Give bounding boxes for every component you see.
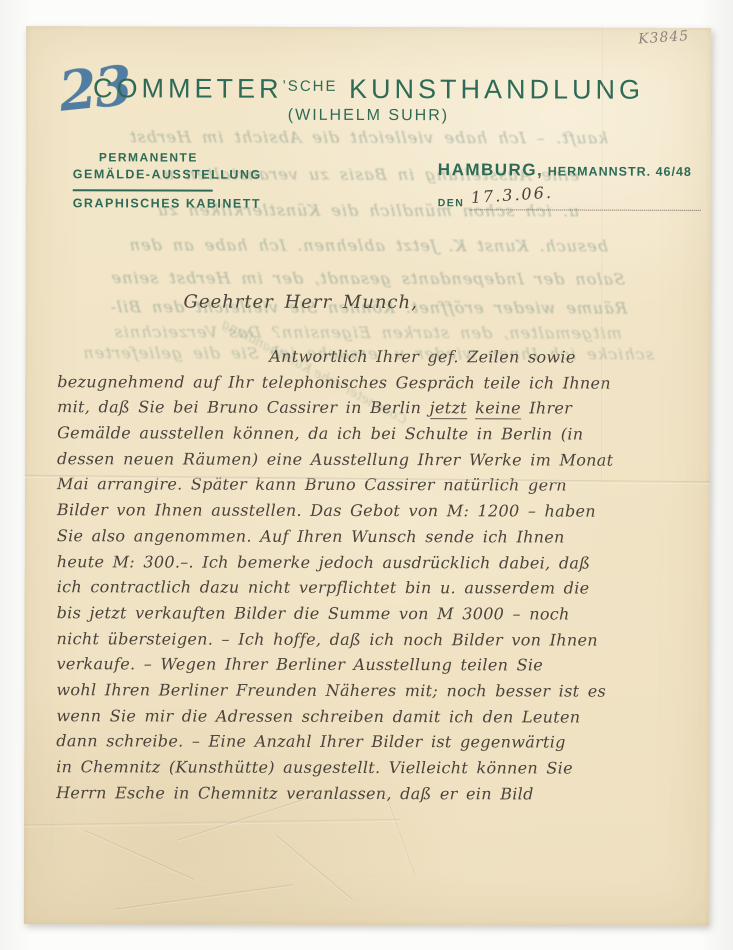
letterhead-street: HERMANNSTR. 46/48 xyxy=(548,164,692,178)
letterhead-title: COMMETER’SCHE KUNSTHANDLUNG xyxy=(26,73,711,106)
body-line: Mai arrangire. Später kann Bruno Cassire… xyxy=(57,475,685,502)
letterhead-left-line2: GEMÄLDE-AUSSTELLUNG xyxy=(73,167,262,181)
letterhead-city: HAMBURG, xyxy=(438,160,544,179)
paper-crease xyxy=(24,819,401,828)
body-line-with-underlines: mit, daß Sie bei Bruno Cassirer in Berli… xyxy=(57,398,685,425)
body-line: wohl Ihren Berliner Freunden Näheres mit… xyxy=(56,680,684,707)
letter-body: Antwortlich Ihrer gef. Zeilen sowie bezu… xyxy=(56,346,685,810)
letterhead-left-line3: GRAPHISCHES KABINETT xyxy=(73,196,261,210)
bleedthrough-line: Salon der Independants gesandt, der im H… xyxy=(25,268,710,290)
underlined-word-keine: keine xyxy=(475,399,521,420)
body-line: dessen neuen Räumen) eine Ausstellung Ih… xyxy=(57,449,685,476)
paper-wrinkle xyxy=(275,835,353,901)
body-line: ich contractlich dazu nicht verpflichtet… xyxy=(57,577,685,604)
body-line: Antwortlich Ihrer gef. Zeilen sowie xyxy=(57,346,685,373)
underlined-word-jetzt: jetzt xyxy=(430,399,467,420)
body-line: nicht übersteigen. – Ich hoffe, daß ich … xyxy=(57,629,685,656)
bleedthrough-line: besuch. Kunst K. Jetzt ablehnen. Ich hab… xyxy=(26,235,711,257)
letterhead-left-line1: PERMANENTE xyxy=(99,150,198,164)
letter-page: kauft. – Ich habe vielleicht die Absicht… xyxy=(24,26,711,926)
paper-wrinkle xyxy=(115,884,294,911)
pencil-archive-code: K3845 xyxy=(638,28,690,47)
letterhead-place-line: HAMBURG, HERMANNSTR. 46/48 xyxy=(438,160,692,181)
body-line: bezugnehmend auf Ihr telephonisches Gesp… xyxy=(57,372,685,399)
letterhead-title-superscript: ’SCHE xyxy=(282,78,337,95)
body-line: wenn Sie mir die Adressen schreiben dami… xyxy=(56,706,684,733)
body-line: Bilder von Ihnen ausstellen. Das Gebot v… xyxy=(57,500,685,527)
paper-wrinkle xyxy=(84,830,194,881)
body-line: verkaufe. – Wegen Ihrer Berliner Ausstel… xyxy=(56,654,684,681)
body-line: Herrn Esche in Chemnitz veranlassen, daß… xyxy=(56,783,684,810)
body-line: heute M: 300.–. Ich bemerke jedoch ausdr… xyxy=(57,552,685,579)
bleedthrough-line: kauft. – Ich habe vielleicht die Absicht… xyxy=(26,127,711,149)
letterhead-title-second: KUNSTHANDLUNG xyxy=(349,74,644,105)
letterhead-divider-rule xyxy=(73,189,213,191)
body-line: in Chemnitz (Kunsthütte) ausgestellt. Vi… xyxy=(56,757,684,784)
bleedthrough-line: mitgemalten, den starken Eigensinn? Das … xyxy=(25,322,710,344)
letterhead-subtitle: (WILHELM SUHR) xyxy=(26,106,711,126)
body-line: bis jetzt verkauften Bilder die Summe vo… xyxy=(57,603,685,630)
body-line: dann schreibe. – Eine Anzahl Ihrer Bilde… xyxy=(56,731,684,758)
date-label: DEN xyxy=(438,197,465,210)
letterhead-title-main: COMMETER xyxy=(93,73,283,103)
salutation: Geehrter Herr Munch, xyxy=(183,292,417,314)
body-line: Gemälde ausstellen können, da ich bei Sc… xyxy=(57,423,685,450)
body-line: Sie also angenommen. Auf Ihren Wunsch se… xyxy=(57,526,685,553)
